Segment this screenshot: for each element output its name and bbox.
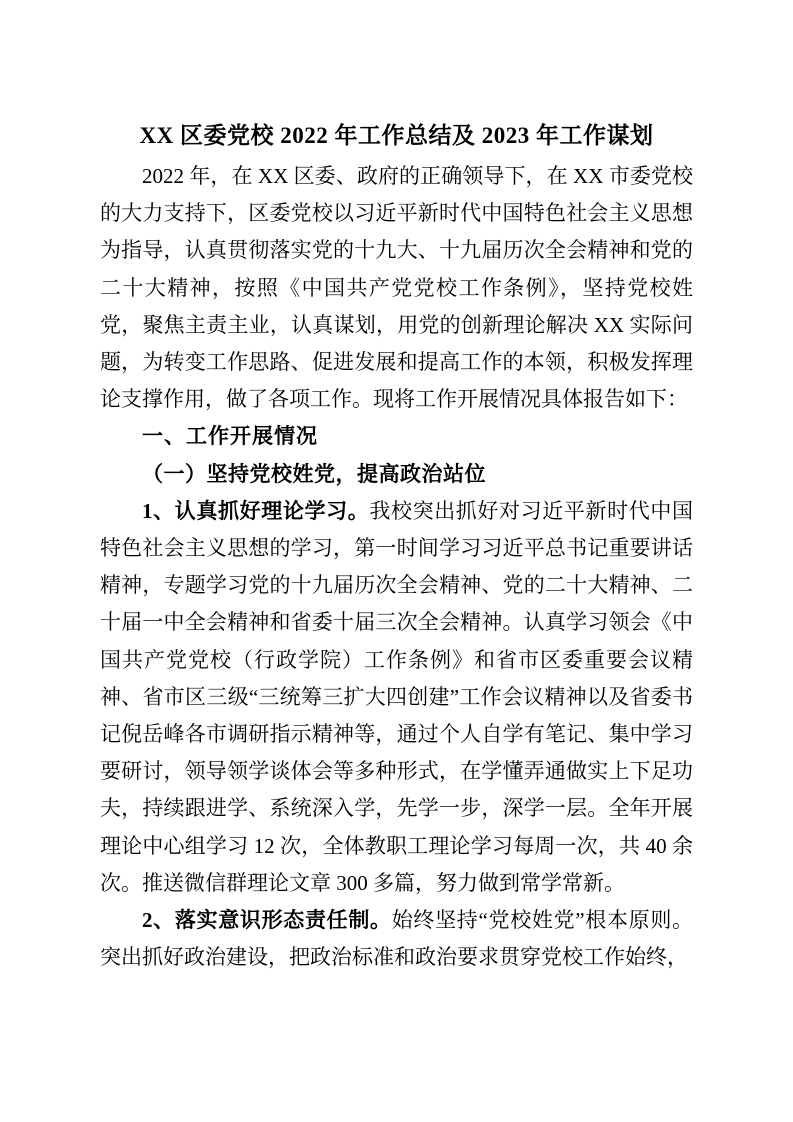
item-1-paragraph: 1、认真抓好理论学习。我校突出抓好对习近平新时代中国特色社会主义思想的学习，第一… (100, 493, 693, 902)
subsection-1-heading: （一）坚持党校姓党，提高政治站位 (100, 456, 693, 493)
item-1-lead: 1、认真抓好理论学习。 (142, 499, 369, 523)
section-1-heading: 一、工作开展情况 (100, 418, 693, 455)
document-page: XX 区委党校 2022 年工作总结及 2023 年工作谋划 2022 年，在 … (0, 0, 793, 1122)
item-1-body: 我校突出抓好对习近平新时代中国特色社会主义思想的学习，第一时间学习习近平总书记重… (100, 499, 693, 895)
item-2-paragraph: 2、落实意识形态责任制。始终坚持“党校姓党”根本原则。突出抓好政治建设，把政治标… (100, 902, 693, 976)
item-2-lead: 2、落实意识形态责任制。 (142, 908, 392, 932)
intro-paragraph: 2022 年，在 XX 区委、政府的正确领导下，在 XX 市委党校的大力支持下，… (100, 158, 693, 418)
document-title: XX 区委党校 2022 年工作总结及 2023 年工作谋划 (100, 114, 693, 158)
